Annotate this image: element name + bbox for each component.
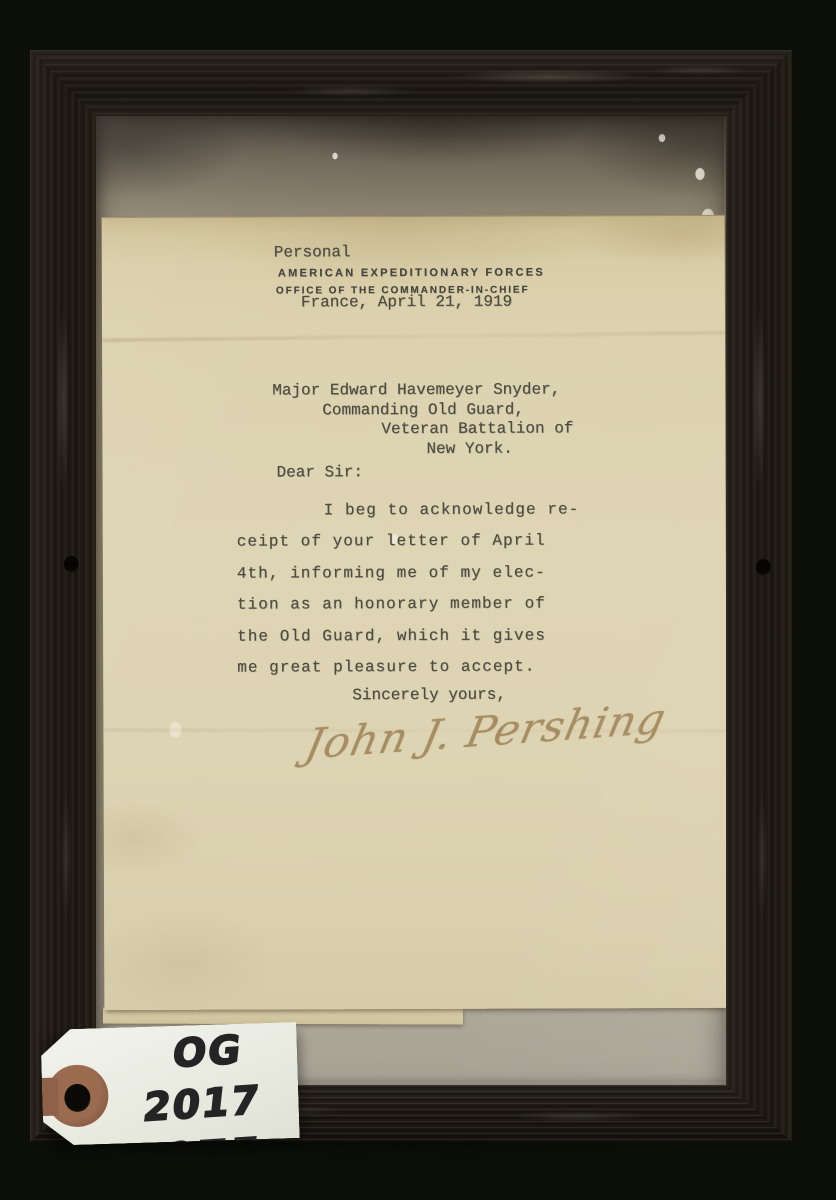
photo-background: Personal AMERICAN EXPEDITIONARY FORCES O… — [0, 0, 836, 1200]
paper-crease — [102, 331, 725, 342]
tag-number-line2: 0075 — [100, 1125, 293, 1192]
recipient-address: Major Edward Havemeyer Snyder, Commandin… — [272, 380, 573, 460]
signature: John J. Pershing — [301, 694, 671, 769]
letter-body: I beg to acknowledge re- ceipt of your l… — [237, 494, 580, 684]
closing: Sincerely yours, — [352, 686, 506, 705]
classification-label: Personal — [274, 243, 351, 261]
recipient-line: Commanding Old Guard, — [322, 400, 573, 421]
recipient-line: Veteran Battalion of — [381, 420, 573, 440]
frame-rail-right — [726, 50, 792, 1142]
letter-document: Personal AMERICAN EXPEDITIONARY FORCES O… — [102, 215, 726, 1010]
recipient-line: Major Edward Havemeyer Snyder, — [272, 380, 573, 401]
catalog-tag: OG 2017 0075 — [40, 1022, 300, 1146]
frame-rail-left — [30, 50, 96, 1142]
picture-frame: Personal AMERICAN EXPEDITIONARY FORCES O… — [30, 50, 792, 1142]
body-line: ceipt of your letter of April — [237, 526, 580, 559]
dateline: France, April 21, 1919 — [301, 293, 512, 312]
tag-number-line1: OG 2017 — [106, 1021, 304, 1138]
mat-board: Personal AMERICAN EXPEDITIONARY FORCES O… — [96, 116, 726, 1085]
nail-hole-right — [756, 559, 771, 576]
recipient-line: New York. — [426, 440, 573, 460]
under-sheet — [103, 1008, 463, 1025]
salutation: Dear Sir: — [276, 463, 362, 481]
frame-rail-top — [30, 50, 792, 116]
body-line: me great pleasure to accept. — [237, 651, 580, 684]
body-line: 4th, informing me of my elec- — [237, 557, 580, 590]
body-line: the Old Guard, which it gives — [237, 620, 580, 653]
body-line: tion as an honorary member of — [237, 589, 580, 622]
letterhead-line1: AMERICAN EXPEDITIONARY FORCES — [278, 267, 545, 280]
tag-number: OG 2017 0075 — [100, 1021, 304, 1192]
body-line: I beg to acknowledge re- — [237, 494, 580, 527]
nail-hole-left — [64, 556, 79, 573]
